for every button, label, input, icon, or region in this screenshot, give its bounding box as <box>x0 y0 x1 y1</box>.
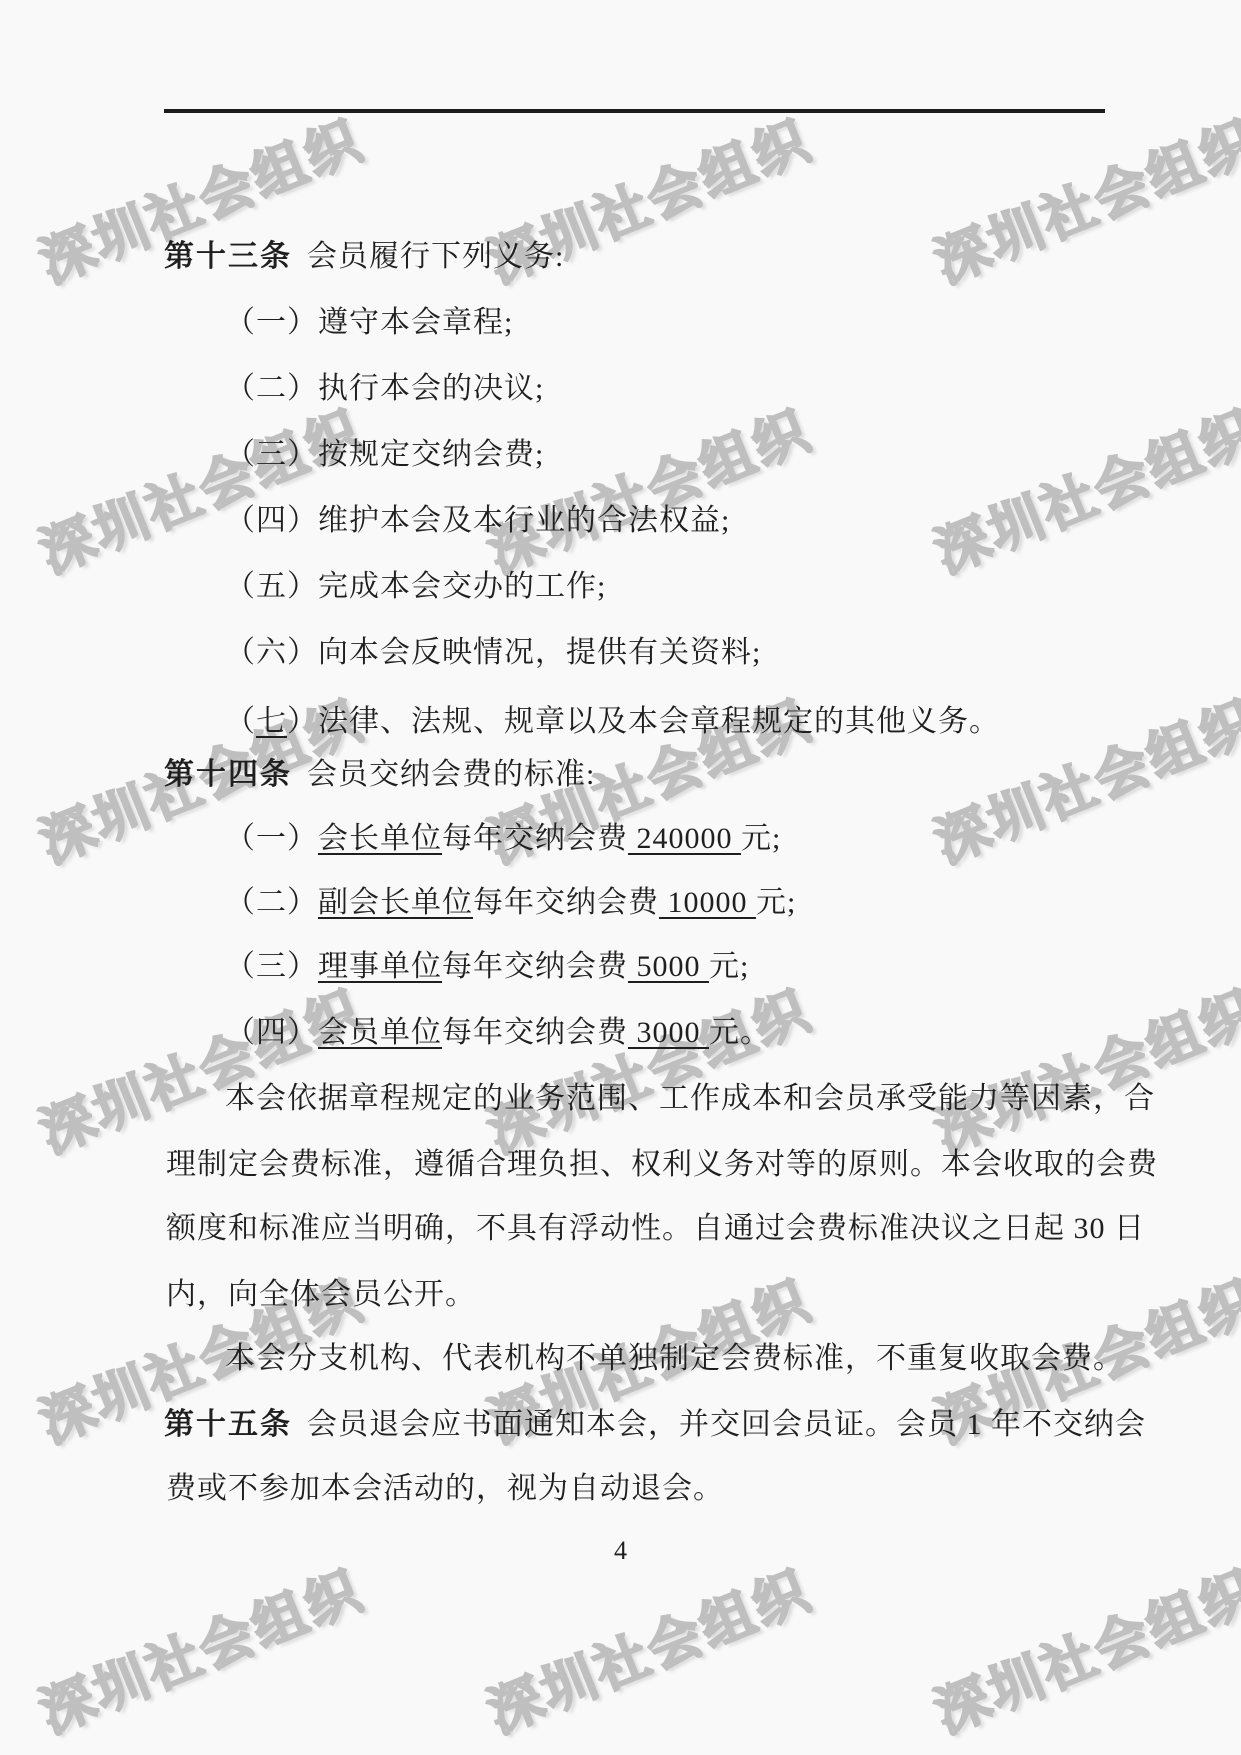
text-segment: 额度和标准应当明确，不具有浮动性。自通过会费标准决议之日起 30 日 <box>166 1212 1145 1245</box>
text-segment: （四） <box>225 1016 318 1049</box>
text-segment: 内，向全体会员公开。 <box>166 1278 476 1311</box>
text-segment: 元; <box>709 950 749 983</box>
article-number: 第十五条 <box>164 1408 292 1441</box>
doc-line: 额度和标准应当明确，不具有浮动性。自通过会费标准决议之日起 30 日 <box>166 1212 1145 1246</box>
watermark: 深圳社会组织 <box>922 968 1241 1168</box>
text-segment: 每年交纳会费 <box>442 822 628 855</box>
document-page: 深圳社会组织深圳社会组织深圳社会组织深圳社会组织深圳社会组织深圳社会组织深圳社会… <box>0 0 1241 1755</box>
doc-line: （三）按规定交纳会费; <box>225 438 544 472</box>
underlined-segment: 会员单位 <box>318 1016 442 1049</box>
underlined-segment: 10000 <box>659 886 756 919</box>
text-segment: （三） <box>225 950 318 983</box>
article-line: 第十四条会员交纳会费的标准: <box>164 758 595 792</box>
watermark: 深圳社会组织 <box>922 98 1241 298</box>
doc-line: （二）副会长单位每年交纳会费 10000 元; <box>225 886 796 920</box>
text-segment: （一） <box>225 822 318 855</box>
underlined-segment: 240000 <box>628 822 741 855</box>
article-line: 第十五条会员退会应书面通知本会，并交回会员证。会员 1 年不交纳会 <box>164 1408 1146 1442</box>
header-rule <box>164 109 1105 113</box>
text-segment: 元。 <box>709 1016 771 1049</box>
underlined-segment: 3000 <box>628 1016 709 1049</box>
text-segment: 元; <box>741 822 781 855</box>
text-segment: （三）按规定交纳会费; <box>225 438 544 471</box>
watermark: 深圳社会组织 <box>475 1548 821 1748</box>
watermark: 深圳社会组织 <box>27 1548 373 1748</box>
text-segment: 每年交纳会费 <box>473 886 659 919</box>
doc-line: （四）会员单位每年交纳会费 3000 元。 <box>225 1016 771 1050</box>
watermark: 深圳社会组织 <box>475 388 821 588</box>
text-segment: 理制定会费标准，遵循合理负担、权利义务对等的原则。本会收取的会费 <box>166 1148 1158 1181</box>
text-segment: 每年交纳会费 <box>442 1016 628 1049</box>
watermark: 深圳社会组织 <box>922 1548 1241 1748</box>
text-segment: （一）遵守本会章程; <box>225 306 513 339</box>
doc-line: （二）执行本会的决议; <box>225 372 544 406</box>
watermark: 深圳社会组织 <box>27 388 373 588</box>
article-number: 第十四条 <box>164 758 292 791</box>
text-segment: 每年交纳会费 <box>442 950 628 983</box>
text-segment: 会员交纳会费的标准: <box>307 758 595 791</box>
doc-line: （四）维护本会及本行业的合法权益; <box>225 504 730 538</box>
underlined-segment: 5000 <box>628 950 709 983</box>
text-segment: （五）完成本会交办的工作; <box>225 570 606 603</box>
doc-line: 理制定会费标准，遵循合理负担、权利义务对等的原则。本会收取的会费 <box>166 1148 1158 1182</box>
doc-line: （六）向本会反映情况，提供有关资料; <box>225 636 761 670</box>
text-segment: 会员履行下列义务: <box>307 240 564 273</box>
text-segment: （二）执行本会的决议; <box>225 372 544 405</box>
doc-line: （一）会长单位每年交纳会费 240000 元; <box>225 822 781 856</box>
article-line: 第十三条会员履行下列义务: <box>164 240 564 274</box>
text-segment: 本会依据章程规定的业务范围、工作成本和会员承受能力等因素，合 <box>225 1082 1155 1115</box>
doc-line: （三）理事单位每年交纳会费 5000 元; <box>225 950 749 984</box>
doc-line: （七）法律、法规、规章以及本会章程规定的其他义务。 <box>225 705 1000 739</box>
underlined-segment: 副会长单位 <box>318 886 473 919</box>
watermark: 深圳社会组织 <box>27 968 373 1168</box>
text-segment: 会员退会应书面通知本会，并交回会员证。会员 1 年不交纳会 <box>307 1408 1146 1441</box>
doc-line: （五）完成本会交办的工作; <box>225 570 606 604</box>
underlined-segment: 七 <box>256 705 287 738</box>
underlined-segment: 会长单位 <box>318 822 442 855</box>
doc-line: （一）遵守本会章程; <box>225 306 513 340</box>
text-segment: （四）维护本会及本行业的合法权益; <box>225 504 730 537</box>
doc-line: 本会分支机构、代表机构不单独制定会费标准，不重复收取会费。 <box>225 1342 1124 1376</box>
text-segment: （ <box>225 705 256 738</box>
page-number: 4 <box>0 1536 1241 1566</box>
text-segment: （六）向本会反映情况，提供有关资料; <box>225 636 761 669</box>
text-segment: ）法律、法规、规章以及本会章程规定的其他义务。 <box>287 705 1000 738</box>
underlined-segment: 理事单位 <box>318 950 442 983</box>
text-segment: （二） <box>225 886 318 919</box>
doc-line: 费或不参加本会活动的，视为自动退会。 <box>166 1472 724 1506</box>
watermark: 深圳社会组织 <box>922 388 1241 588</box>
text-segment: 本会分支机构、代表机构不单独制定会费标准，不重复收取会费。 <box>225 1342 1124 1375</box>
article-number: 第十三条 <box>164 240 292 273</box>
doc-line: 内，向全体会员公开。 <box>166 1278 476 1312</box>
doc-line: 本会依据章程规定的业务范围、工作成本和会员承受能力等因素，合 <box>225 1082 1155 1116</box>
text-segment: 费或不参加本会活动的，视为自动退会。 <box>166 1472 724 1505</box>
watermark: 深圳社会组织 <box>475 968 821 1168</box>
text-segment: 元; <box>756 886 796 919</box>
